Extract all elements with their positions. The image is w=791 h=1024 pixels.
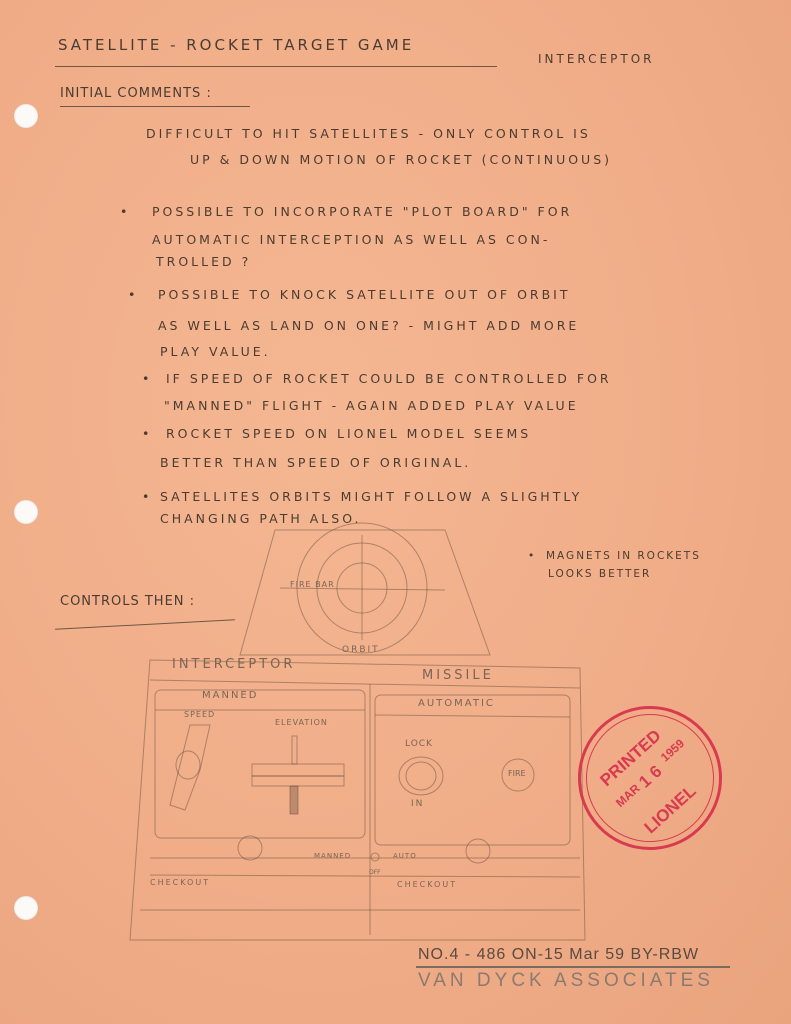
- stamp-year: 1959: [658, 736, 687, 764]
- sketch-label-manned: Manned: [202, 690, 258, 701]
- footer-rule: [416, 966, 730, 968]
- sketch-label-fire-bar: Fire Bar: [290, 580, 335, 589]
- sketch-label-manned-switch: Manned: [314, 852, 351, 860]
- sketch-label-checkout-left: Checkout: [150, 878, 210, 887]
- sketch-label-speed: Speed: [184, 710, 215, 719]
- sketch-label-fire: Fire: [508, 769, 526, 778]
- stamp-month: MAR: [613, 781, 643, 810]
- sketch-label-automatic: Automatic: [418, 698, 495, 709]
- stamp-company: LIONEL: [641, 781, 701, 838]
- sketch-label-checkout-right: Checkout: [397, 880, 457, 889]
- sketch-label-lock: Lock: [405, 739, 433, 749]
- sketch-label-interceptor: Interceptor: [172, 657, 295, 672]
- company-name: VAN DYCK ASSOCIATES: [418, 970, 714, 992]
- stamp-printed: PRINTED: [596, 726, 665, 791]
- sketch-label-in: In: [411, 799, 424, 809]
- sketch-label-elevation: Elevation: [275, 718, 328, 727]
- sketch-label-missile: Missile: [422, 668, 494, 683]
- sketch-label-orbit: Orbit: [342, 645, 380, 655]
- sketch-label-off: Off: [369, 869, 381, 876]
- console-sketch: [0, 0, 791, 1024]
- drawing-number: NO.4 - 486 ON-15 Mar 59 BY-RBW: [418, 946, 699, 964]
- sketch-label-auto-switch: Auto: [393, 852, 417, 860]
- stamp-day: 1 6: [635, 762, 666, 793]
